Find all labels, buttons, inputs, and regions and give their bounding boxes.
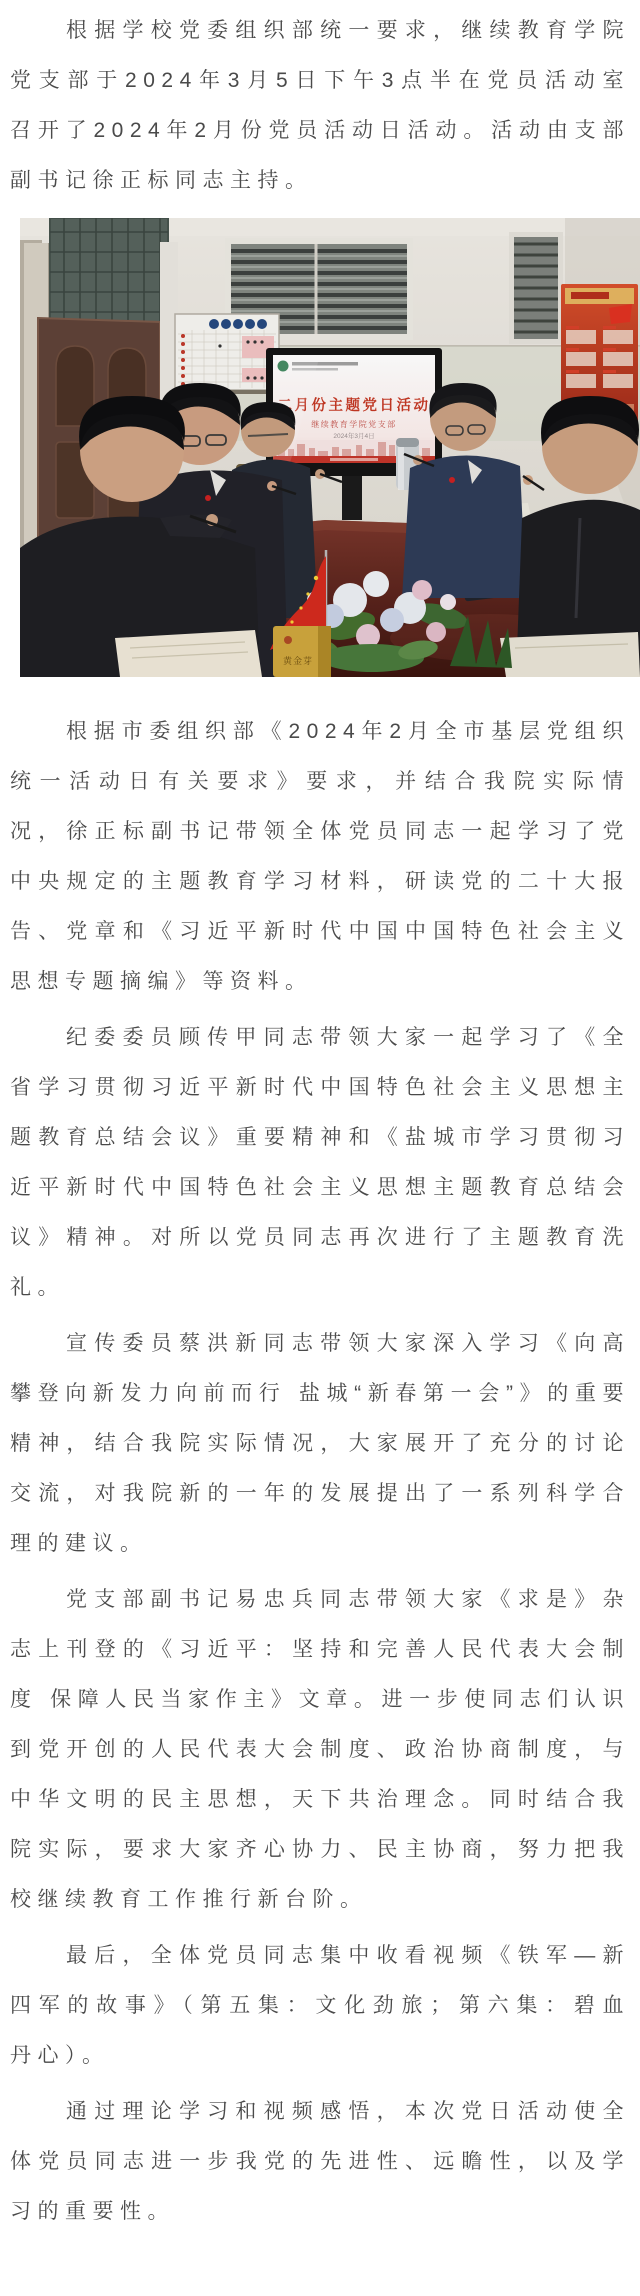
article-paragraph: 通过理论学习和视频感悟，本次党日活动使全体党员同志进一步我党的先进性、远瞻性，以… (10, 2087, 630, 2237)
article-paragraph: 纪委委员顾传甲同志带领大家一起学习了《全省学习贯彻习近平新时代中国特色社会主义思… (10, 1013, 630, 1313)
meeting-photo[interactable]: 二月份主题党日活动 继续教育学院党支部 2024年3月4日 (20, 218, 640, 677)
body-paragraphs: 根据市委组织部《2024年2月全市基层党组织统一活动日有关要求》要求，并结合我院… (10, 707, 630, 2237)
article-paragraph: 宣传委员蔡洪新同志带领大家深入学习《向高攀登向新发力向前而行 盐城“新春第一会”… (10, 1319, 630, 1569)
article-body: 根据学校党委组织部统一要求，继续教育学院党支部于2024年3月5日下午3点半在党… (0, 0, 640, 2237)
article-paragraph: 根据学校党委组织部统一要求，继续教育学院党支部于2024年3月5日下午3点半在党… (10, 6, 630, 206)
meeting-photo-illustration: 二月份主题党日活动 继续教育学院党支部 2024年3月4日 (20, 218, 640, 677)
article-paragraph: 最后，全体党员同志集中收看视频《铁军—新四军的故事》（第五集：文化劲旅；第六集：… (10, 1931, 630, 2081)
article-paragraph: 根据市委组织部《2024年2月全市基层党组织统一活动日有关要求》要求，并结合我院… (10, 707, 630, 1007)
article-page: { "page": { "background": "#ffffff" }, "… (0, 0, 640, 2237)
intro-paragraphs: 根据学校党委组织部统一要求，继续教育学院党支部于2024年3月5日下午3点半在党… (10, 6, 630, 206)
article-paragraph: 党支部副书记易忠兵同志带领大家《求是》杂志上刊登的《习近平：坚持和完善人民代表大… (10, 1575, 630, 1925)
